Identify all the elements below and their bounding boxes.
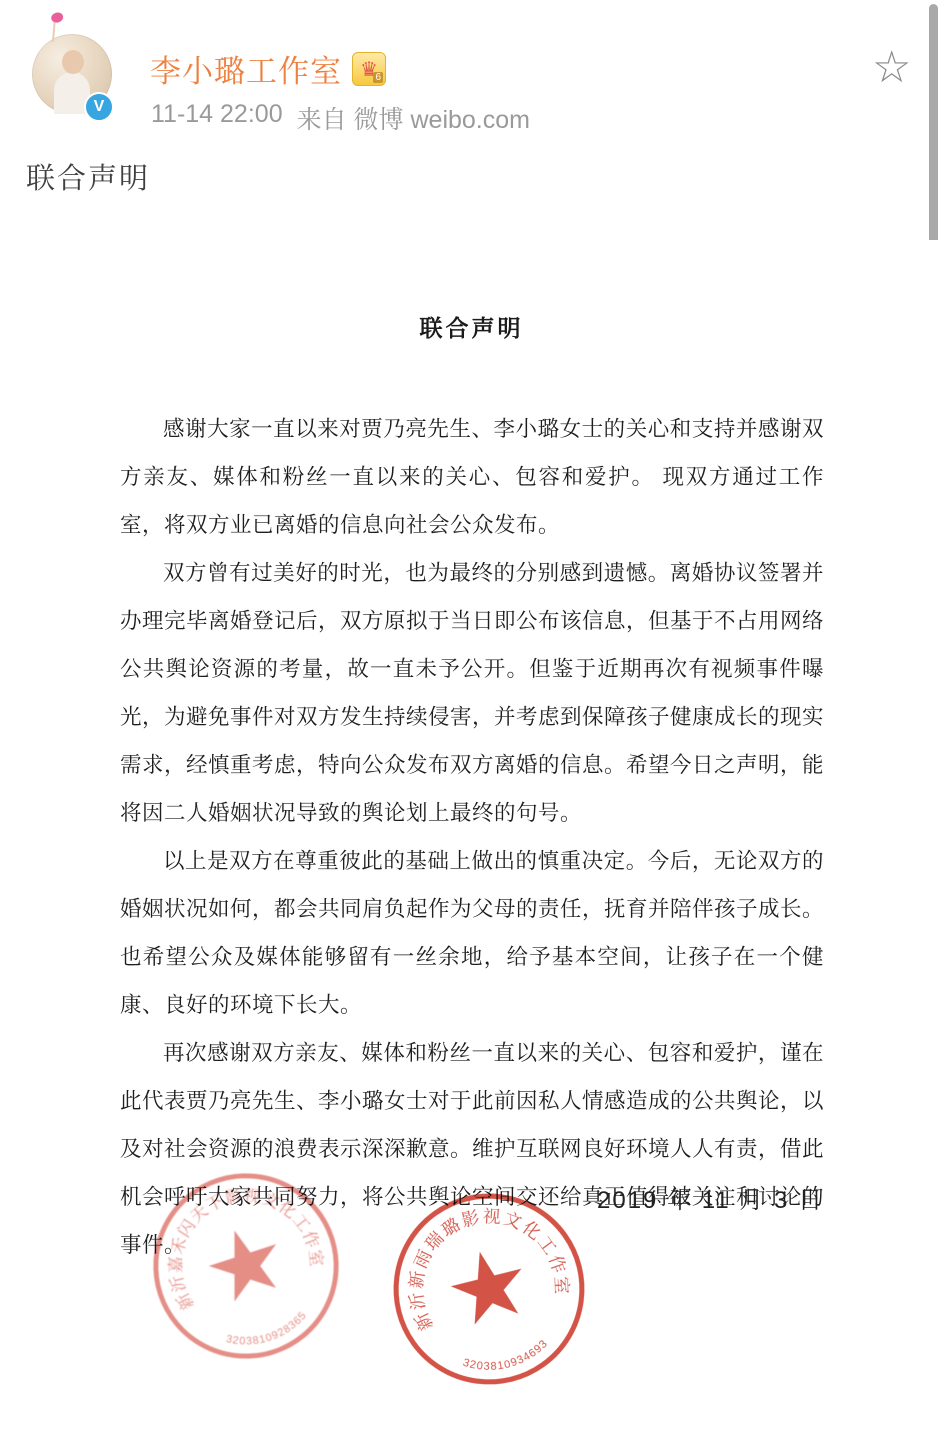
seal-star-icon	[444, 1243, 532, 1328]
flower-bloom	[50, 11, 64, 24]
avatar-face	[62, 50, 84, 74]
vip-crown-badge[interactable]: ♛ 6	[352, 52, 386, 86]
verified-badge-icon: V	[84, 92, 114, 122]
svg-text:3203810928365: 3203810928365	[222, 1307, 314, 1357]
seal-star-icon	[201, 1220, 289, 1306]
svg-text:3203810934693: 3203810934693	[459, 1336, 554, 1381]
seal-right-group: 新沂新雨瑞璐影视文化工作室 3203810934693	[376, 1176, 601, 1401]
statement-paragraph: 以上是双方在尊重彼此的基础上做出的慎重决定。今后，无论双方的婚姻状况如何，都会共…	[120, 837, 824, 1029]
post-timestamp: 11-14 22:00	[151, 100, 283, 136]
post-meta: 11-14 22:00 来自 微博 weibo.com	[151, 100, 530, 136]
favorite-star-icon[interactable]: ☆	[872, 42, 911, 93]
seal-serial-number: 3203810934693	[459, 1336, 554, 1381]
statement-title: 联合声明	[0, 310, 943, 343]
flower-stem	[52, 22, 56, 42]
statement-body: 感谢大家一直以来对贾乃亮先生、李小璐女士的关心和支持并感谢双方亲友、媒体和粉丝一…	[120, 405, 824, 1269]
statement-paragraph: 双方曾有过美好的时光，也为最终的分别感到遗憾。离婚协议签署并办理完毕离婚登记后，…	[120, 549, 824, 837]
vip-level-label: 6	[373, 72, 383, 83]
post-text: 联合声明	[26, 156, 150, 197]
seal-serial-number: 3203810928365	[222, 1307, 314, 1357]
statement-paragraph: 感谢大家一直以来对贾乃亮先生、李小璐女士的关心和支持并感谢双方亲友、媒体和粉丝一…	[120, 405, 824, 549]
author-name[interactable]: 李小璐工作室	[150, 46, 342, 91]
author-row: 李小璐工作室 ♛ 6	[150, 46, 386, 91]
statement-image[interactable]: 联合声明 感谢大家一直以来对贾乃亮先生、李小璐女士的关心和支持并感谢双方亲友、媒…	[0, 240, 943, 1434]
weibo-post-page: V 李小璐工作室 ♛ 6 11-14 22:00 来自 微博 weibo.com…	[0, 0, 943, 1434]
post-source-link[interactable]: 来自 微博 weibo.com	[297, 100, 530, 136]
